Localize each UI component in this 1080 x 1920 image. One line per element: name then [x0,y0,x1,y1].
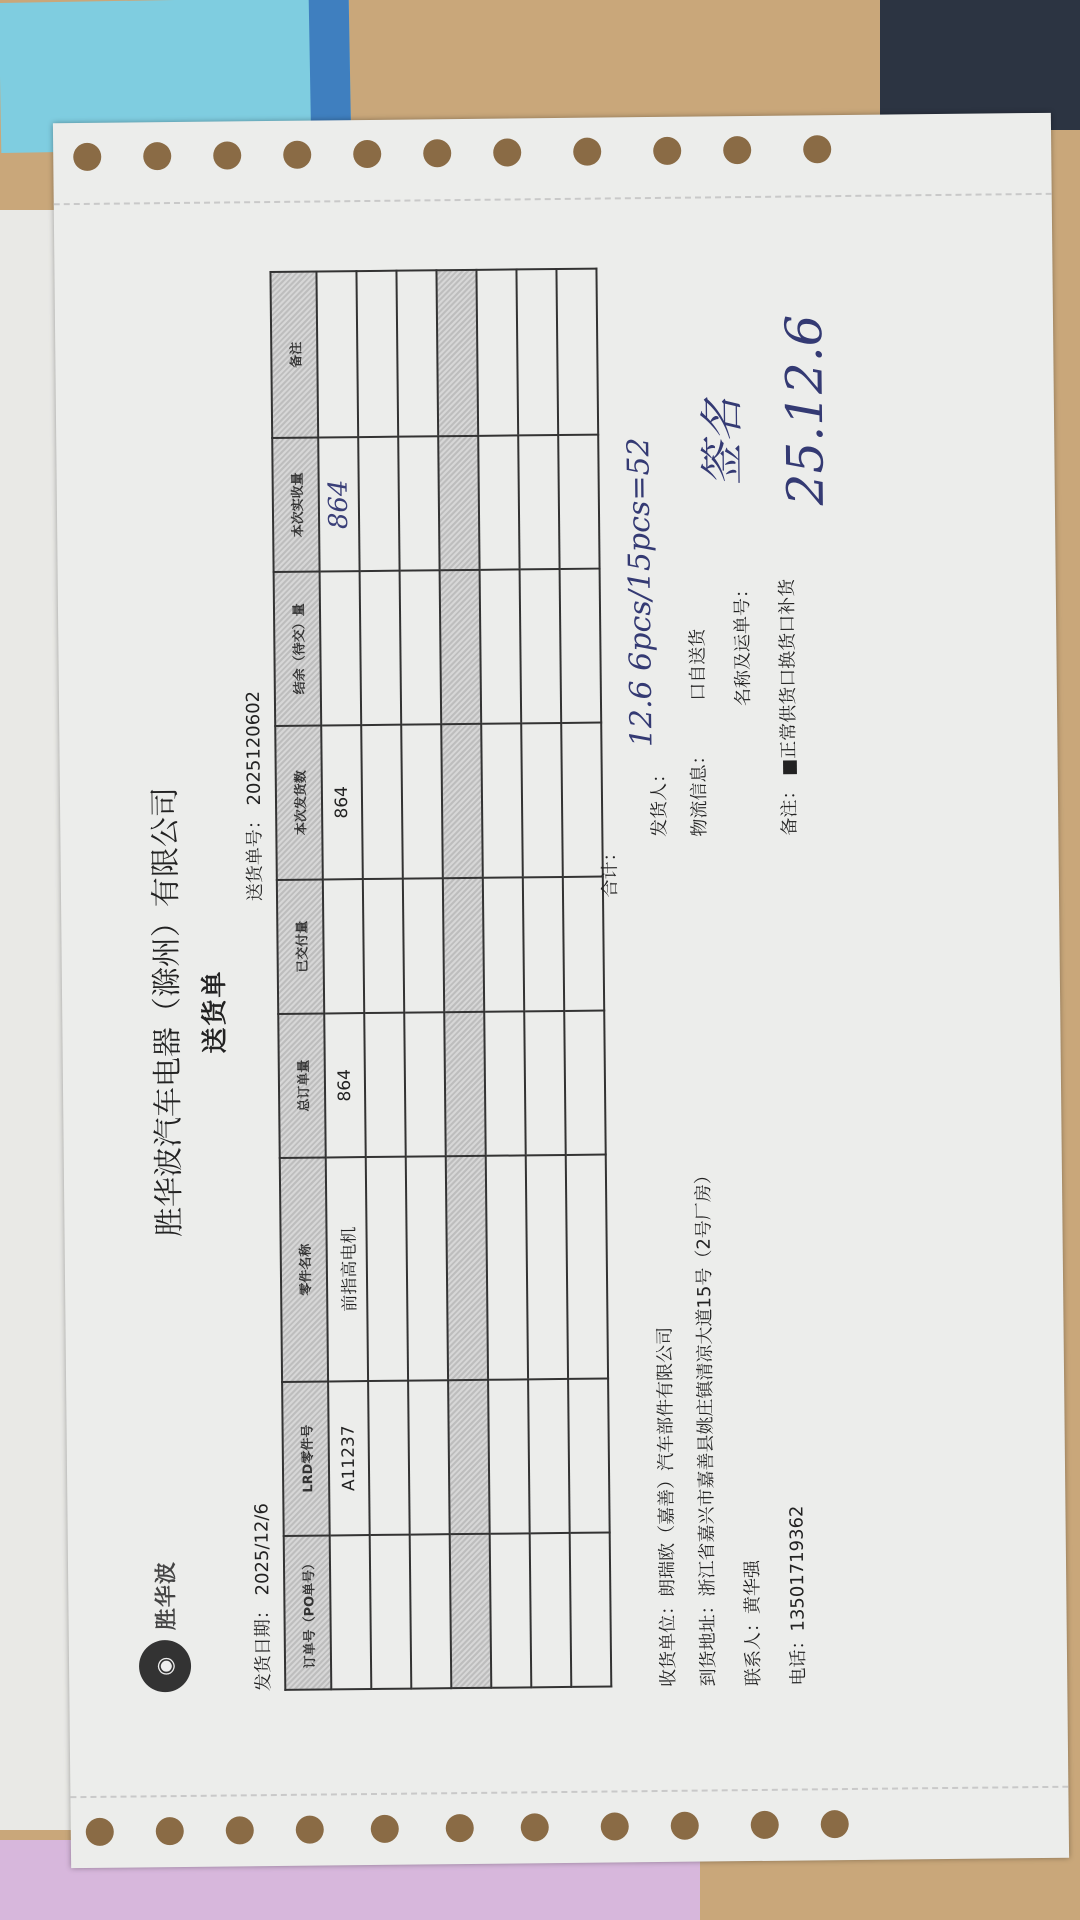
shipper-handwritten-note: 12.6 6pcs/15pcs=52 [621,437,659,747]
contact-label: 联系人： [743,1614,765,1686]
document-content: ◉ 胜华波 胜华波汽车电器（滁州）有限公司 送货单 发货日期： 2025/12/… [124,254,960,1763]
tractor-holes-bottom [71,1808,1069,1858]
note-no-value: 2025120602 [243,691,265,806]
phone-label: 电话： [788,1631,810,1685]
total-label: 合计： [595,843,622,897]
phone: 电话：13501719362 [782,1505,810,1685]
note-no-label: 送货单号： [244,811,266,901]
address-value: 浙江省嘉兴市嘉善县姚庄镇清凉大道15号（2号厂房） [693,1166,719,1597]
cell-part-name: 前指高电机 [326,1157,368,1381]
ship-date: 发货日期： 2025/12/6 [247,1503,275,1691]
header-part-name: 零件名称 [280,1157,328,1381]
delivery-table: 订单号（PO单号） LRD零件号 零件名称 总订单量 已交付量 本次发货数 结余… [269,268,612,1691]
receiver-signature: 签名 [686,398,751,487]
remarks-options: ■正常供货口换货口补货 [777,579,800,776]
header-this-shipment: 本次发货数 [275,725,323,879]
carrier-label: 名称及运单号： [732,580,754,706]
logistics-label: 物流信息： [688,746,710,836]
delivery-address: 到货地址：浙江省嘉兴市嘉善县姚庄镇清凉大道15号（2号厂房） [689,1166,720,1687]
company-name: 胜华波汽车电器（滁州）有限公司 [134,262,194,1762]
cell-po [330,1535,372,1689]
cell-this-shipment: 864 [321,725,363,879]
contact-person: 联系人：黄华强 [738,1560,765,1686]
receiver-unit: 收货单位：朗瑞欧（嘉善）汽车部件有限公司 [651,1327,681,1687]
receiver-unit-label: 收货单位： [657,1597,679,1687]
phone-value: 13501719362 [786,1505,808,1631]
contact-value: 黄华强 [742,1560,764,1614]
perforation-top [54,193,1052,205]
header-received: 本次实收量 [272,438,319,572]
ship-date-label: 发货日期： [252,1601,274,1691]
cell-balance [320,571,362,725]
remarks: 备注： ■正常供货口换货口补货 [773,579,802,836]
logistics-info: 物流信息： 口自送货 [683,629,711,837]
delivery-note-sheet: ◉ 胜华波 胜华波汽车电器（滁州）有限公司 送货单 发货日期： 2025/12/… [53,113,1069,1868]
shipper-label: 发货人： [649,765,671,837]
cell-total-order: 864 [324,1013,366,1157]
shipper: 发货人： [645,765,672,837]
header-balance: 结余（待交）量 [274,572,322,726]
self-delivery-option: 口自送货 [687,629,709,701]
handwritten-date: 25.12.6 [775,314,835,505]
doc-title: 送货单 [186,261,239,1761]
header-part-no: LRD零件号 [282,1381,330,1535]
perforation-bottom [70,1786,1068,1798]
header-po: 订单号（PO单号） [284,1535,332,1689]
cell-delivered [323,879,364,1013]
header-remarks: 备注 [270,272,318,438]
carrier-waybill: 名称及运单号： [728,580,755,706]
delivery-note-number: 送货单号： 2025120602 [239,691,267,902]
remarks-label: 备注： [779,781,801,835]
cell-received-handwritten: 864 [318,437,359,571]
receiver-unit-value: 朗瑞欧（嘉善）汽车部件有限公司 [655,1327,679,1597]
address-label: 到货地址： [697,1596,719,1686]
tractor-holes-top [53,133,1051,183]
background-dark-object [880,0,1080,130]
cell-remarks [316,271,358,437]
ship-date-value: 2025/12/6 [251,1503,273,1596]
header-total-order: 总订单量 [278,1013,326,1157]
header-delivered: 已交付量 [277,879,324,1013]
cell-part-no: A11237 [328,1381,370,1535]
